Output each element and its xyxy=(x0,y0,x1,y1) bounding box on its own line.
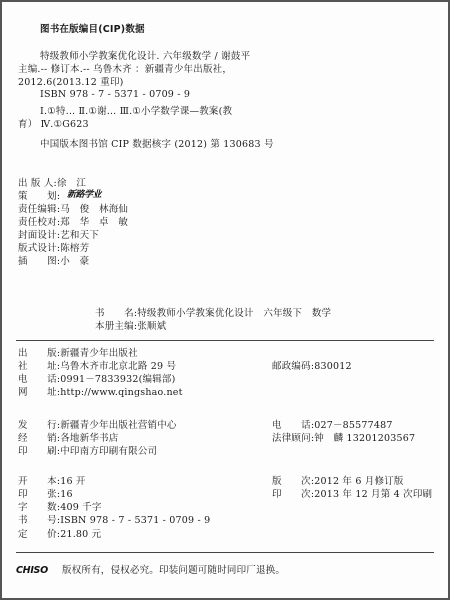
dist-printer: 印 刷:中印南方印刷有限公司 xyxy=(18,446,157,458)
dist-phone: 电 话:027－85577487 xyxy=(272,420,393,432)
cip-line: 特级教师小学教案优化设计. 六年级数学 / 谢鼓平 xyxy=(40,51,250,63)
divider-top xyxy=(16,340,434,341)
credit-proofreader: 责任校对:郑 华 卓 敏 xyxy=(18,217,128,229)
credit-illustration: 插 图:小 豪 xyxy=(18,256,89,268)
book-title: 书 名:特级教师小学教案优化设计 六年级下 数学 xyxy=(95,308,331,320)
spec-format: 开 本:16 开 xyxy=(18,476,86,488)
spec-sheets: 印 张:16 xyxy=(18,489,73,501)
spec-word-count: 字 数:409 千字 xyxy=(18,502,102,514)
dist-seller: 经 销:各地新华书店 xyxy=(18,433,118,445)
spec-price: 定 价:21.80 元 xyxy=(18,529,101,541)
credit-editor: 责任编辑:马 俊 林海仙 xyxy=(18,204,128,216)
pub-publisher: 出 版:新疆青少年出版社 xyxy=(18,348,138,360)
divider-bottom xyxy=(16,552,434,553)
credit-planning: 策 划: xyxy=(18,191,60,203)
copyright-notice: 版权所有，侵权必究。印装问题可随时同印厂退换。 xyxy=(62,565,285,577)
book-editor: 本册主编:张顺斌 xyxy=(95,321,166,333)
cip-line: Ⅰ.①特… Ⅱ.①谢… Ⅲ.①小学数学课—教案(教 xyxy=(40,106,232,118)
spec-edition: 版 次:2012 年 6 月修订版 xyxy=(272,476,404,488)
dist-legal: 法律顾问:钟 麟 13201203567 xyxy=(272,433,415,445)
cip-isbn: ISBN 978 - 7 - 5371 - 0709 - 9 xyxy=(40,89,190,101)
chiso-logo: CHISO xyxy=(16,565,48,577)
pub-postcode: 邮政编码:830012 xyxy=(272,361,352,373)
credit-publisher-person: 出 版 人:徐 江 xyxy=(18,178,86,190)
spec-isbn: 书 号:ISBN 978 - 7 - 5371 - 0709 - 9 xyxy=(18,515,210,527)
dist-issuer: 发 行:新疆青少年出版社营销中心 xyxy=(18,420,177,432)
cip-number: 中国版本图书馆 CIP 数据核字 (2012) 第 130683 号 xyxy=(40,139,274,151)
pub-phone: 电 话:0991－7833932(编辑部) xyxy=(18,374,176,386)
cip-heading: 图书在版编目(CIP)数据 xyxy=(40,24,145,36)
copyright-page: 图书在版编目(CIP)数据 特级教师小学教案优化设计. 六年级数学 / 谢鼓平 … xyxy=(0,0,450,600)
cip-line: 2012.6(2013.12 重印) xyxy=(18,77,124,89)
spec-printing: 印 次:2013 年 12 月第 4 次印刷 xyxy=(272,489,432,501)
planning-logo: 新路学业 xyxy=(67,190,107,201)
pub-website: 网 址:http://www.qingshao.net xyxy=(18,387,183,399)
credit-layout-design: 版式设计:陈榕芳 xyxy=(18,243,89,255)
pub-address: 社 址:乌鲁木齐市北京北路 29 号 xyxy=(18,361,176,373)
credit-cover-design: 封面设计:艺和天下 xyxy=(18,230,99,242)
cip-line: 主编.-- 修订本.-- 乌鲁木齐 ：新疆青少年出版社， xyxy=(18,64,232,76)
cip-line: 育） Ⅳ.①G623 xyxy=(18,119,89,131)
